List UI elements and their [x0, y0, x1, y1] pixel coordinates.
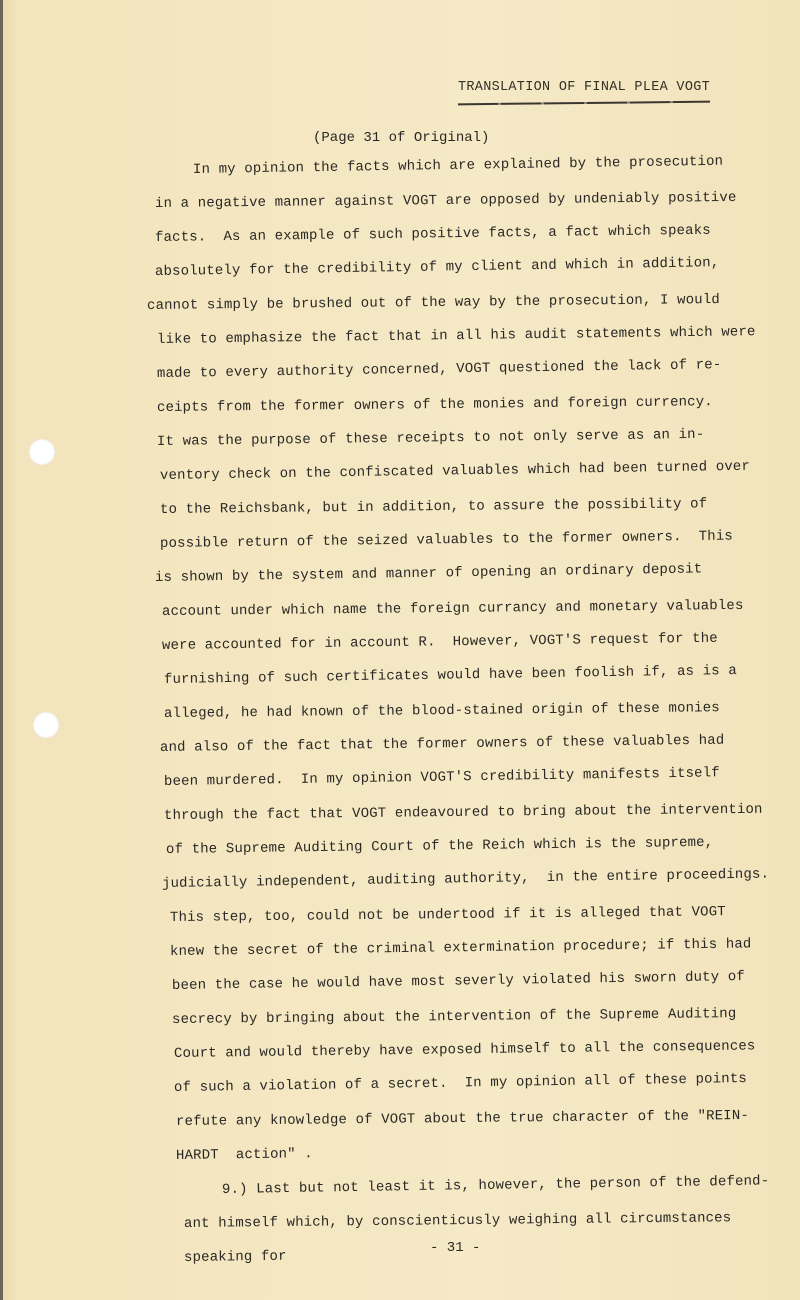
text-line: through the fact that VOGT endeavoured t…: [164, 802, 763, 824]
text-line: been murdered. In my opinion VOGT'S cred…: [164, 765, 720, 790]
text-line: This step, too, could not be undertood i…: [170, 904, 726, 926]
text-line: like to emphasize the fact that in all h…: [157, 324, 756, 348]
text-line: ant himself which, by conscienticusly we…: [184, 1210, 731, 1232]
text-line: account under which name the foreign cur…: [162, 598, 744, 620]
text-line: facts. As an example of such positive fa…: [155, 223, 711, 246]
text-line: made to every authority concerned, VOGT …: [157, 357, 722, 382]
text-line: furnishing of such certificates would ha…: [164, 663, 737, 688]
text-line: in a negative manner against VOGT are op…: [155, 190, 737, 212]
punch-hole: [29, 439, 55, 465]
text-line: been the case he would have most severly…: [172, 969, 745, 994]
text-line: ceipts from the former owners of the mon…: [157, 394, 713, 416]
text-line: to the Reichsbank, but in addition, to a…: [160, 496, 707, 518]
text-line: of the Supreme Auditing Court of the Rei…: [166, 835, 713, 858]
text-line: alleged, he had known of the blood-stain…: [164, 700, 720, 722]
text-line: Court and would thereby have exposed him…: [174, 1038, 756, 1062]
text-line: knew the secret of the criminal extermin…: [170, 936, 752, 960]
text-line: 9.) Last but not least it is, however, t…: [222, 1173, 769, 1198]
text-line: is shown by the system and manner of ope…: [155, 561, 702, 586]
text-line: secrecy by bringing about the interventi…: [172, 1006, 737, 1028]
punch-hole: [33, 712, 59, 738]
page-number: - 31 -: [430, 1240, 480, 1256]
text-line: were accounted for in account R. However…: [162, 631, 718, 654]
text-line: cannot simply be brushed out of the way …: [147, 292, 720, 314]
text-line: refute any knowledge of VOGT about the t…: [176, 1108, 749, 1130]
text-line: of such a violation of a secret. In my o…: [174, 1071, 747, 1096]
text-line: and also of the fact that the former own…: [160, 733, 725, 756]
header-underline: [458, 101, 710, 106]
text-line: absolutely for the credibility of my cli…: [155, 255, 720, 280]
text-line: speaking for: [184, 1249, 287, 1266]
text-line: possible return of the seized valuables …: [160, 529, 733, 552]
page-edge: [0, 0, 3, 1300]
text-line: It was the purpose of these receipts to …: [157, 427, 704, 450]
text-line: In my opinion the facts which are explai…: [193, 154, 723, 178]
text-line: judicially independent, auditing authori…: [162, 866, 769, 892]
text-line: ventory check on the confiscated valuabl…: [160, 459, 750, 484]
document-page: TRANSLATION OF FINAL PLEA VOGT (Page 31 …: [0, 0, 800, 1300]
text-line: HARDT action" .: [176, 1146, 313, 1164]
header-title: TRANSLATION OF FINAL PLEA VOGT: [458, 80, 710, 95]
page-reference: (Page 31 of Original): [313, 130, 489, 146]
